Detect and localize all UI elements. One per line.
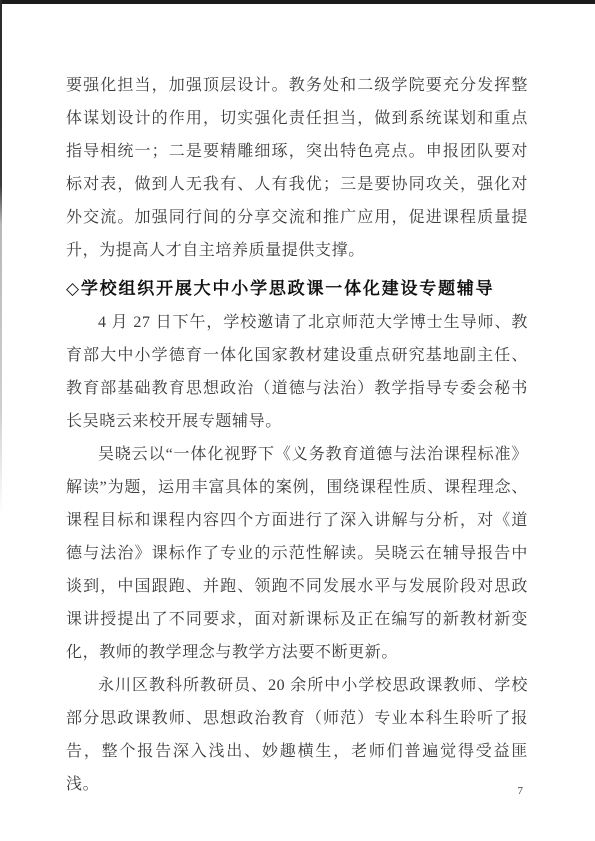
document-body: 要强化担当，加强顶层设计。教务处和二级学院要充分发挥整体谋划设计的作用，切实强化… bbox=[66, 69, 528, 801]
paragraph-continued: 要强化担当，加强顶层设计。教务处和二级学院要充分发挥整体谋划设计的作用，切实强化… bbox=[66, 69, 528, 267]
document-page: 要强化担当，加强顶层设计。教务处和二级学院要充分发挥整体谋划设计的作用，切实强化… bbox=[0, 0, 595, 841]
paragraph: 永川区教科所教研员、20 余所中小学校思政课教师、学校部分思政课教师、思想政治教… bbox=[66, 669, 528, 801]
paragraph: 吴晓云以“一体化视野下《义务教育道德与法治课程标准》解读”为题，运用丰富具体的案… bbox=[66, 438, 528, 669]
page-number: 7 bbox=[518, 783, 524, 799]
paragraph: 4 月 27 日下午，学校邀请了北京师范大学博士生导师、教育部大中小学德育一体化… bbox=[66, 306, 528, 438]
scan-edge-left bbox=[0, 0, 2, 660]
section-heading: ◇学校组织开展大中小学思政课一体化建设专题辅导 bbox=[66, 272, 528, 305]
scan-edge-top bbox=[0, 0, 595, 4]
